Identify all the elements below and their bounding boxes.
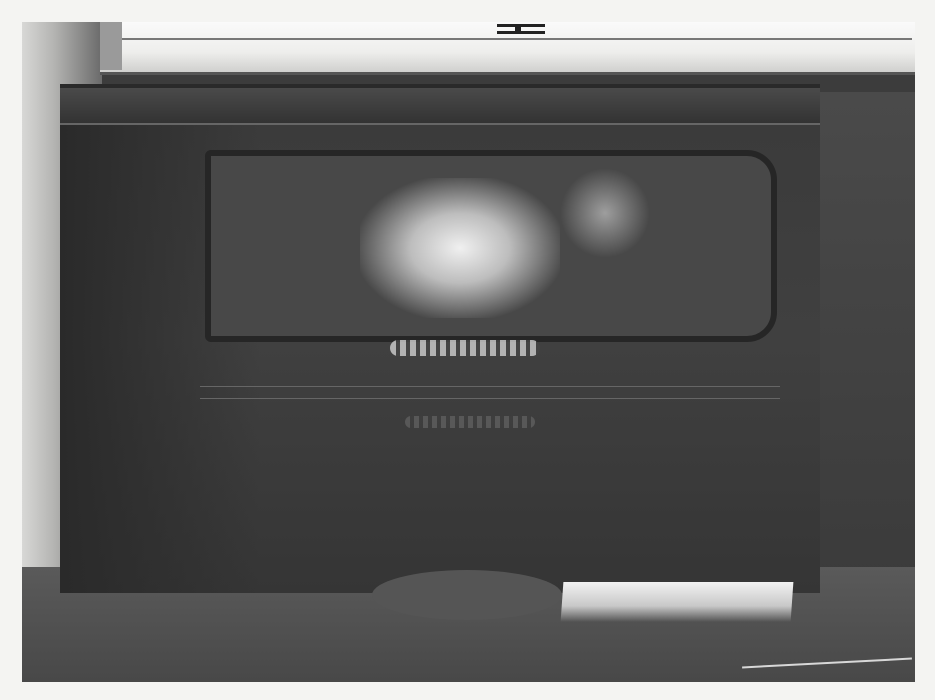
floor-reflection	[561, 582, 794, 622]
carved-ornament	[390, 340, 540, 356]
piano-body	[60, 84, 820, 593]
window-frame	[100, 22, 122, 70]
flash-glare-secondary	[560, 168, 650, 258]
clothes-peg-icon	[497, 24, 545, 34]
window-ledge-line	[122, 38, 912, 40]
flash-glare	[360, 178, 560, 318]
piano-lid	[60, 88, 820, 125]
faded-ornament	[405, 416, 535, 428]
photograph	[22, 22, 915, 682]
molding-line	[200, 386, 780, 387]
pedal-base	[372, 570, 562, 620]
molding-line	[200, 398, 780, 399]
